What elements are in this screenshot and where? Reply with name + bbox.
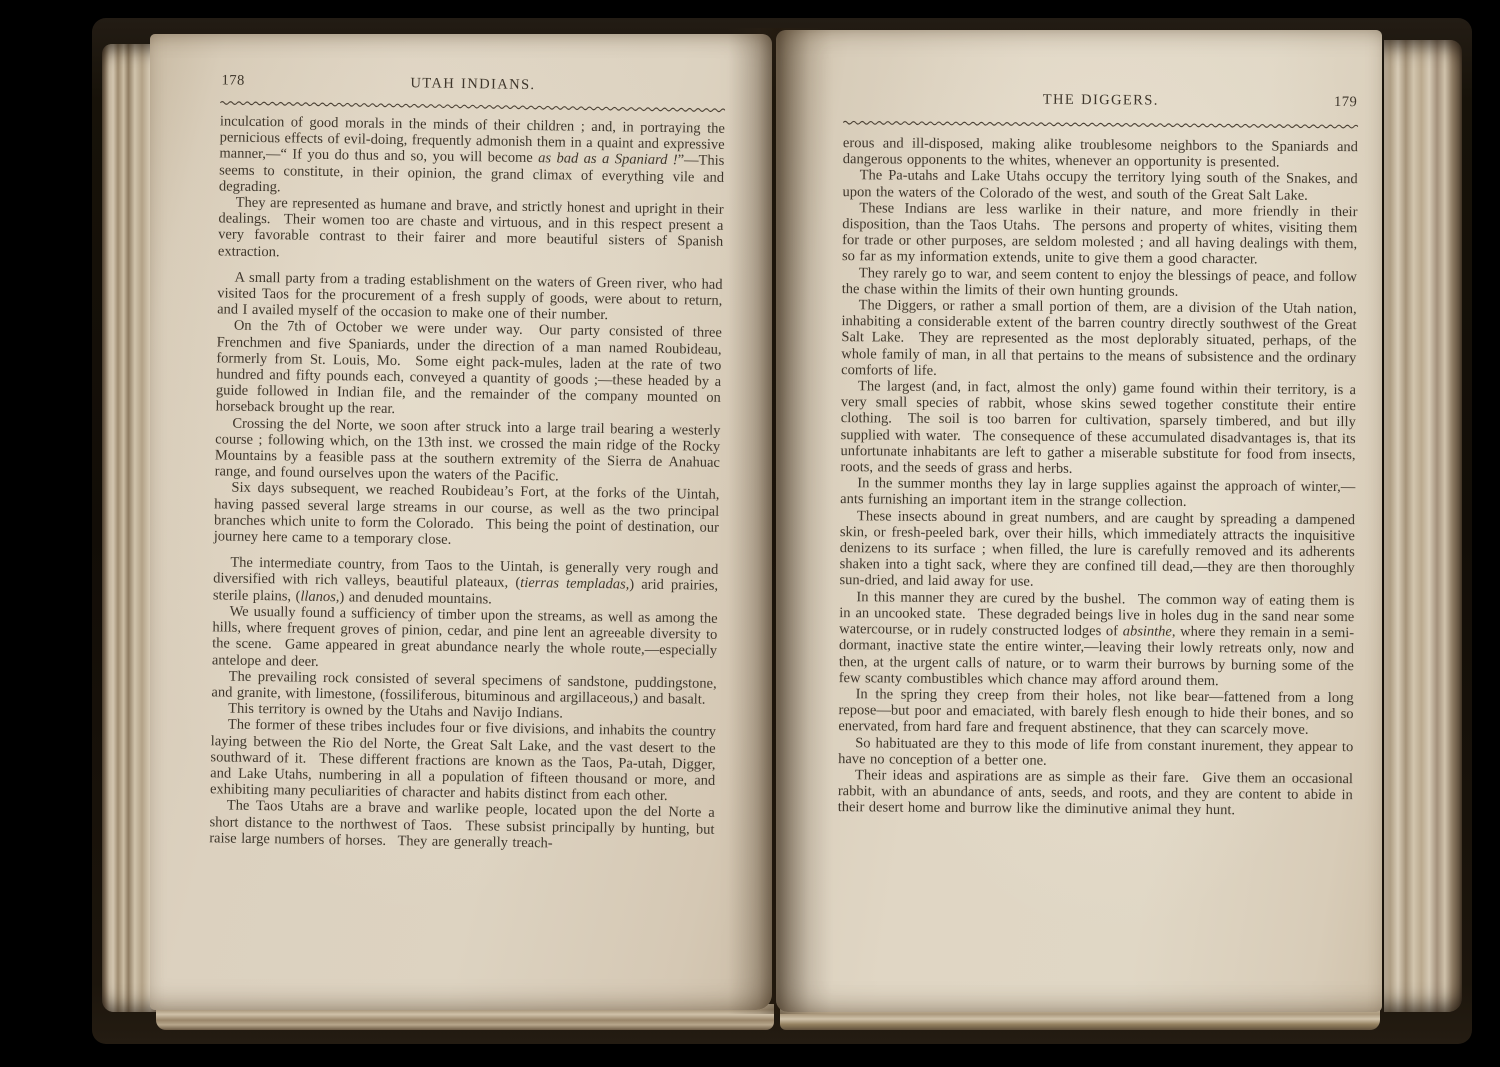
paragraph: The largest (and, in fact, almost the on…: [840, 378, 1356, 479]
paragraph: The Taos Utahs are a brave and warlike p…: [209, 798, 715, 854]
paragraph: They rarely go to war, and seem content …: [842, 265, 1357, 301]
paragraph: On the 7th of October we were under way.…: [216, 318, 722, 423]
paragraph: Six days subsequent, we reached Roubidea…: [214, 480, 720, 552]
paragraph: inculcation of good morals in the minds …: [219, 113, 725, 201]
paragraph: A small party from a trading establishme…: [217, 269, 723, 325]
paragraph: These insects abound in great numbers, a…: [839, 508, 1355, 593]
left-running-head: UTAH INDIANS.: [410, 75, 535, 93]
paragraph: Their ideas and aspirations are as simpl…: [838, 767, 1353, 820]
paragraph: In the summer months they lay in large s…: [840, 475, 1355, 511]
paragraph: The intermediate country, from Taos to t…: [213, 555, 719, 611]
paragraph: In this manner they are cured by the bus…: [839, 589, 1355, 690]
wavy-rule: [843, 119, 1358, 130]
paragraph: They are represented as humane and brave…: [218, 194, 724, 266]
open-book: 178 UTAH INDIANS. inculcation of good mo…: [92, 18, 1472, 1044]
left-page-header: 178 UTAH INDIANS.: [220, 72, 725, 97]
paragraph: In the spring they creep from their hole…: [838, 686, 1353, 739]
left-page-content: 178 UTAH INDIANS. inculcation of good mo…: [143, 29, 779, 1014]
left-page: 178 UTAH INDIANS. inculcation of good mo…: [150, 34, 772, 1010]
paragraph: The Pa-utahs and Lake Utahs occupy the t…: [843, 168, 1358, 204]
right-fore-edge-page-stack: [1384, 40, 1462, 1012]
paragraph: We usually found a sufficiency of timber…: [212, 603, 718, 675]
paragraph: The former of these tribes includes four…: [210, 717, 716, 805]
right-page-content: THE DIGGERS. 179 erous and ill-disposed,…: [772, 28, 1386, 1015]
right-page-header: THE DIGGERS. 179: [843, 90, 1358, 112]
paragraph: These Indians are less warlike in their …: [842, 200, 1357, 269]
wavy-rule: [220, 99, 725, 113]
paragraph: The Diggers, or rather a small portion o…: [841, 297, 1357, 382]
paragraph: erous and ill-disposed, making alike tro…: [843, 135, 1358, 171]
right-page-number: 179: [1334, 94, 1357, 110]
paragraph: Crossing the del Norte, we soon after st…: [215, 415, 721, 487]
paragraph: So habituated are they to this mode of l…: [838, 735, 1353, 771]
right-running-head: THE DIGGERS.: [1043, 92, 1159, 109]
left-page-number: 178: [221, 72, 244, 89]
right-page: THE DIGGERS. 179 erous and ill-disposed,…: [776, 30, 1382, 1012]
